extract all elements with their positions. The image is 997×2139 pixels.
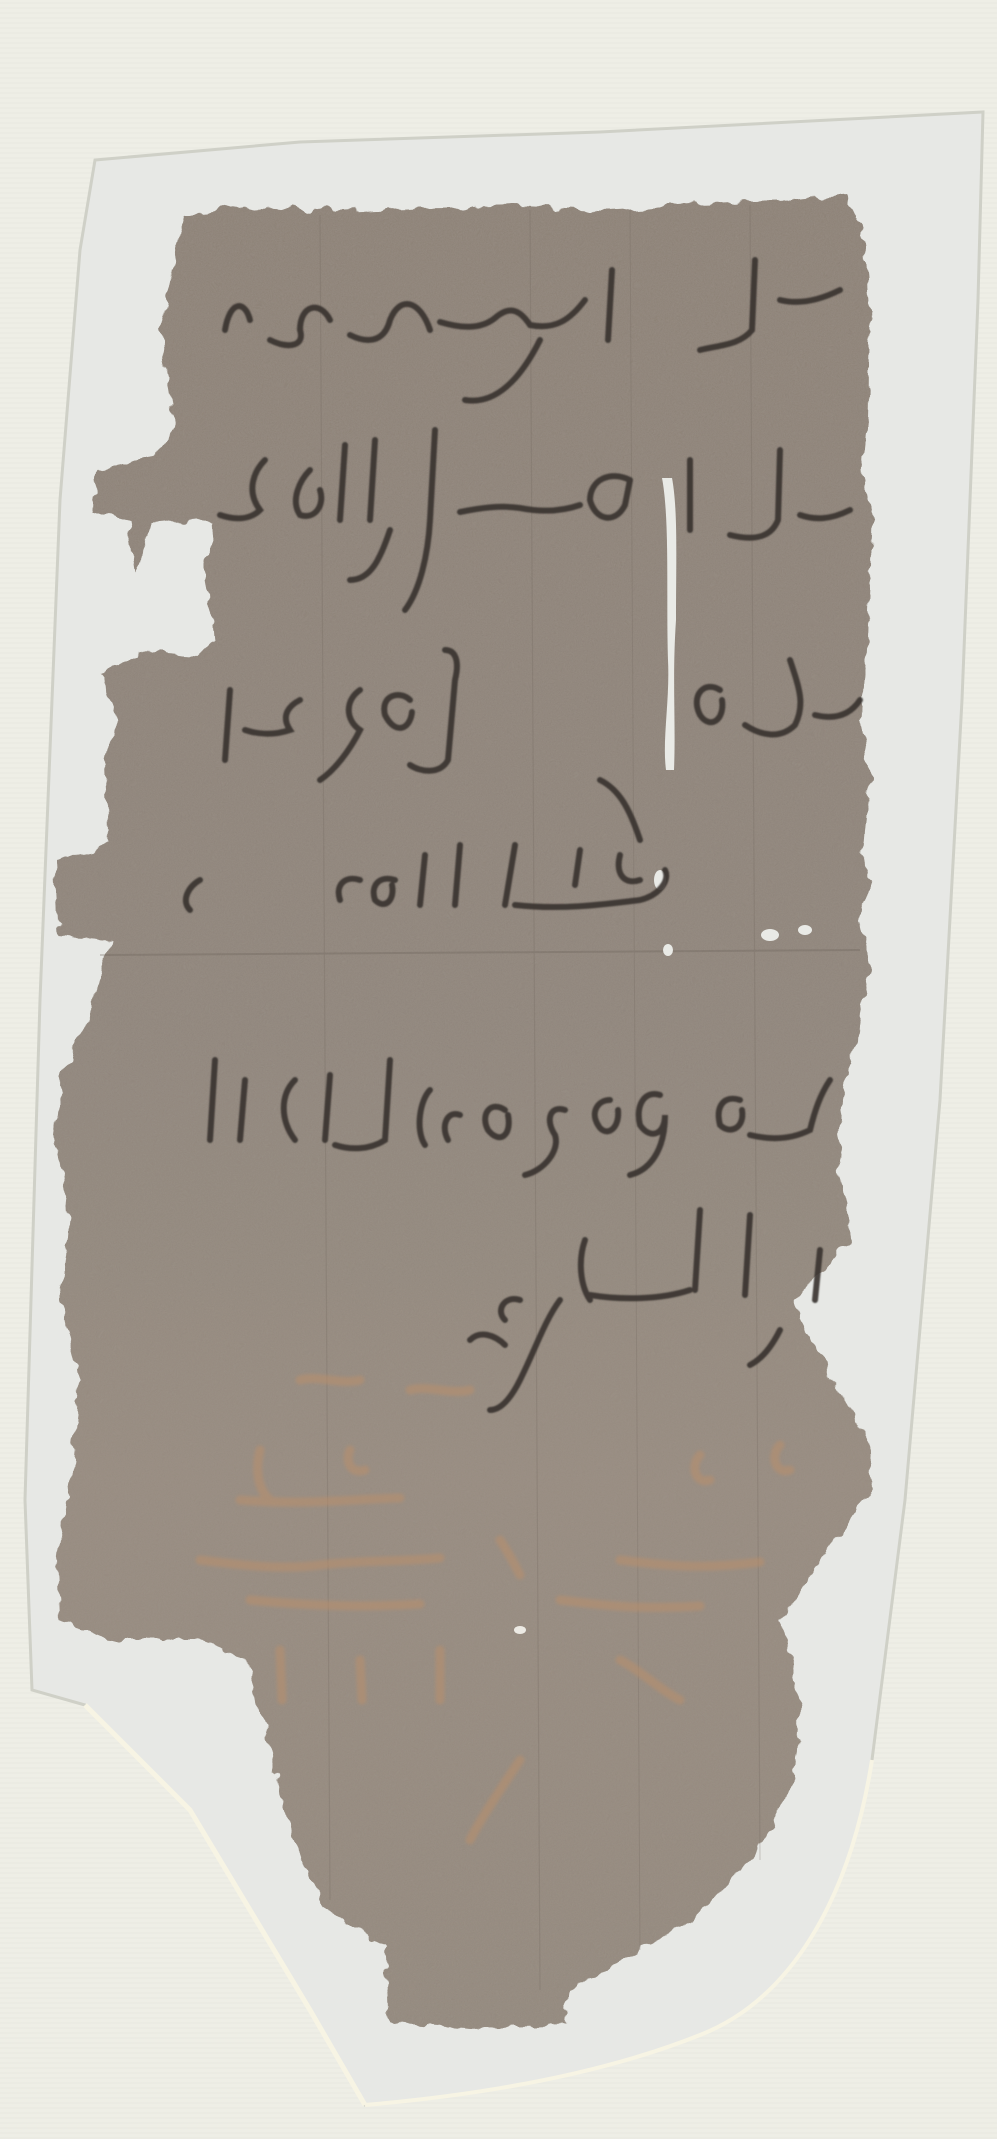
papyrus-fragment bbox=[40, 190, 890, 2040]
papyrus-plate bbox=[0, 0, 997, 2139]
